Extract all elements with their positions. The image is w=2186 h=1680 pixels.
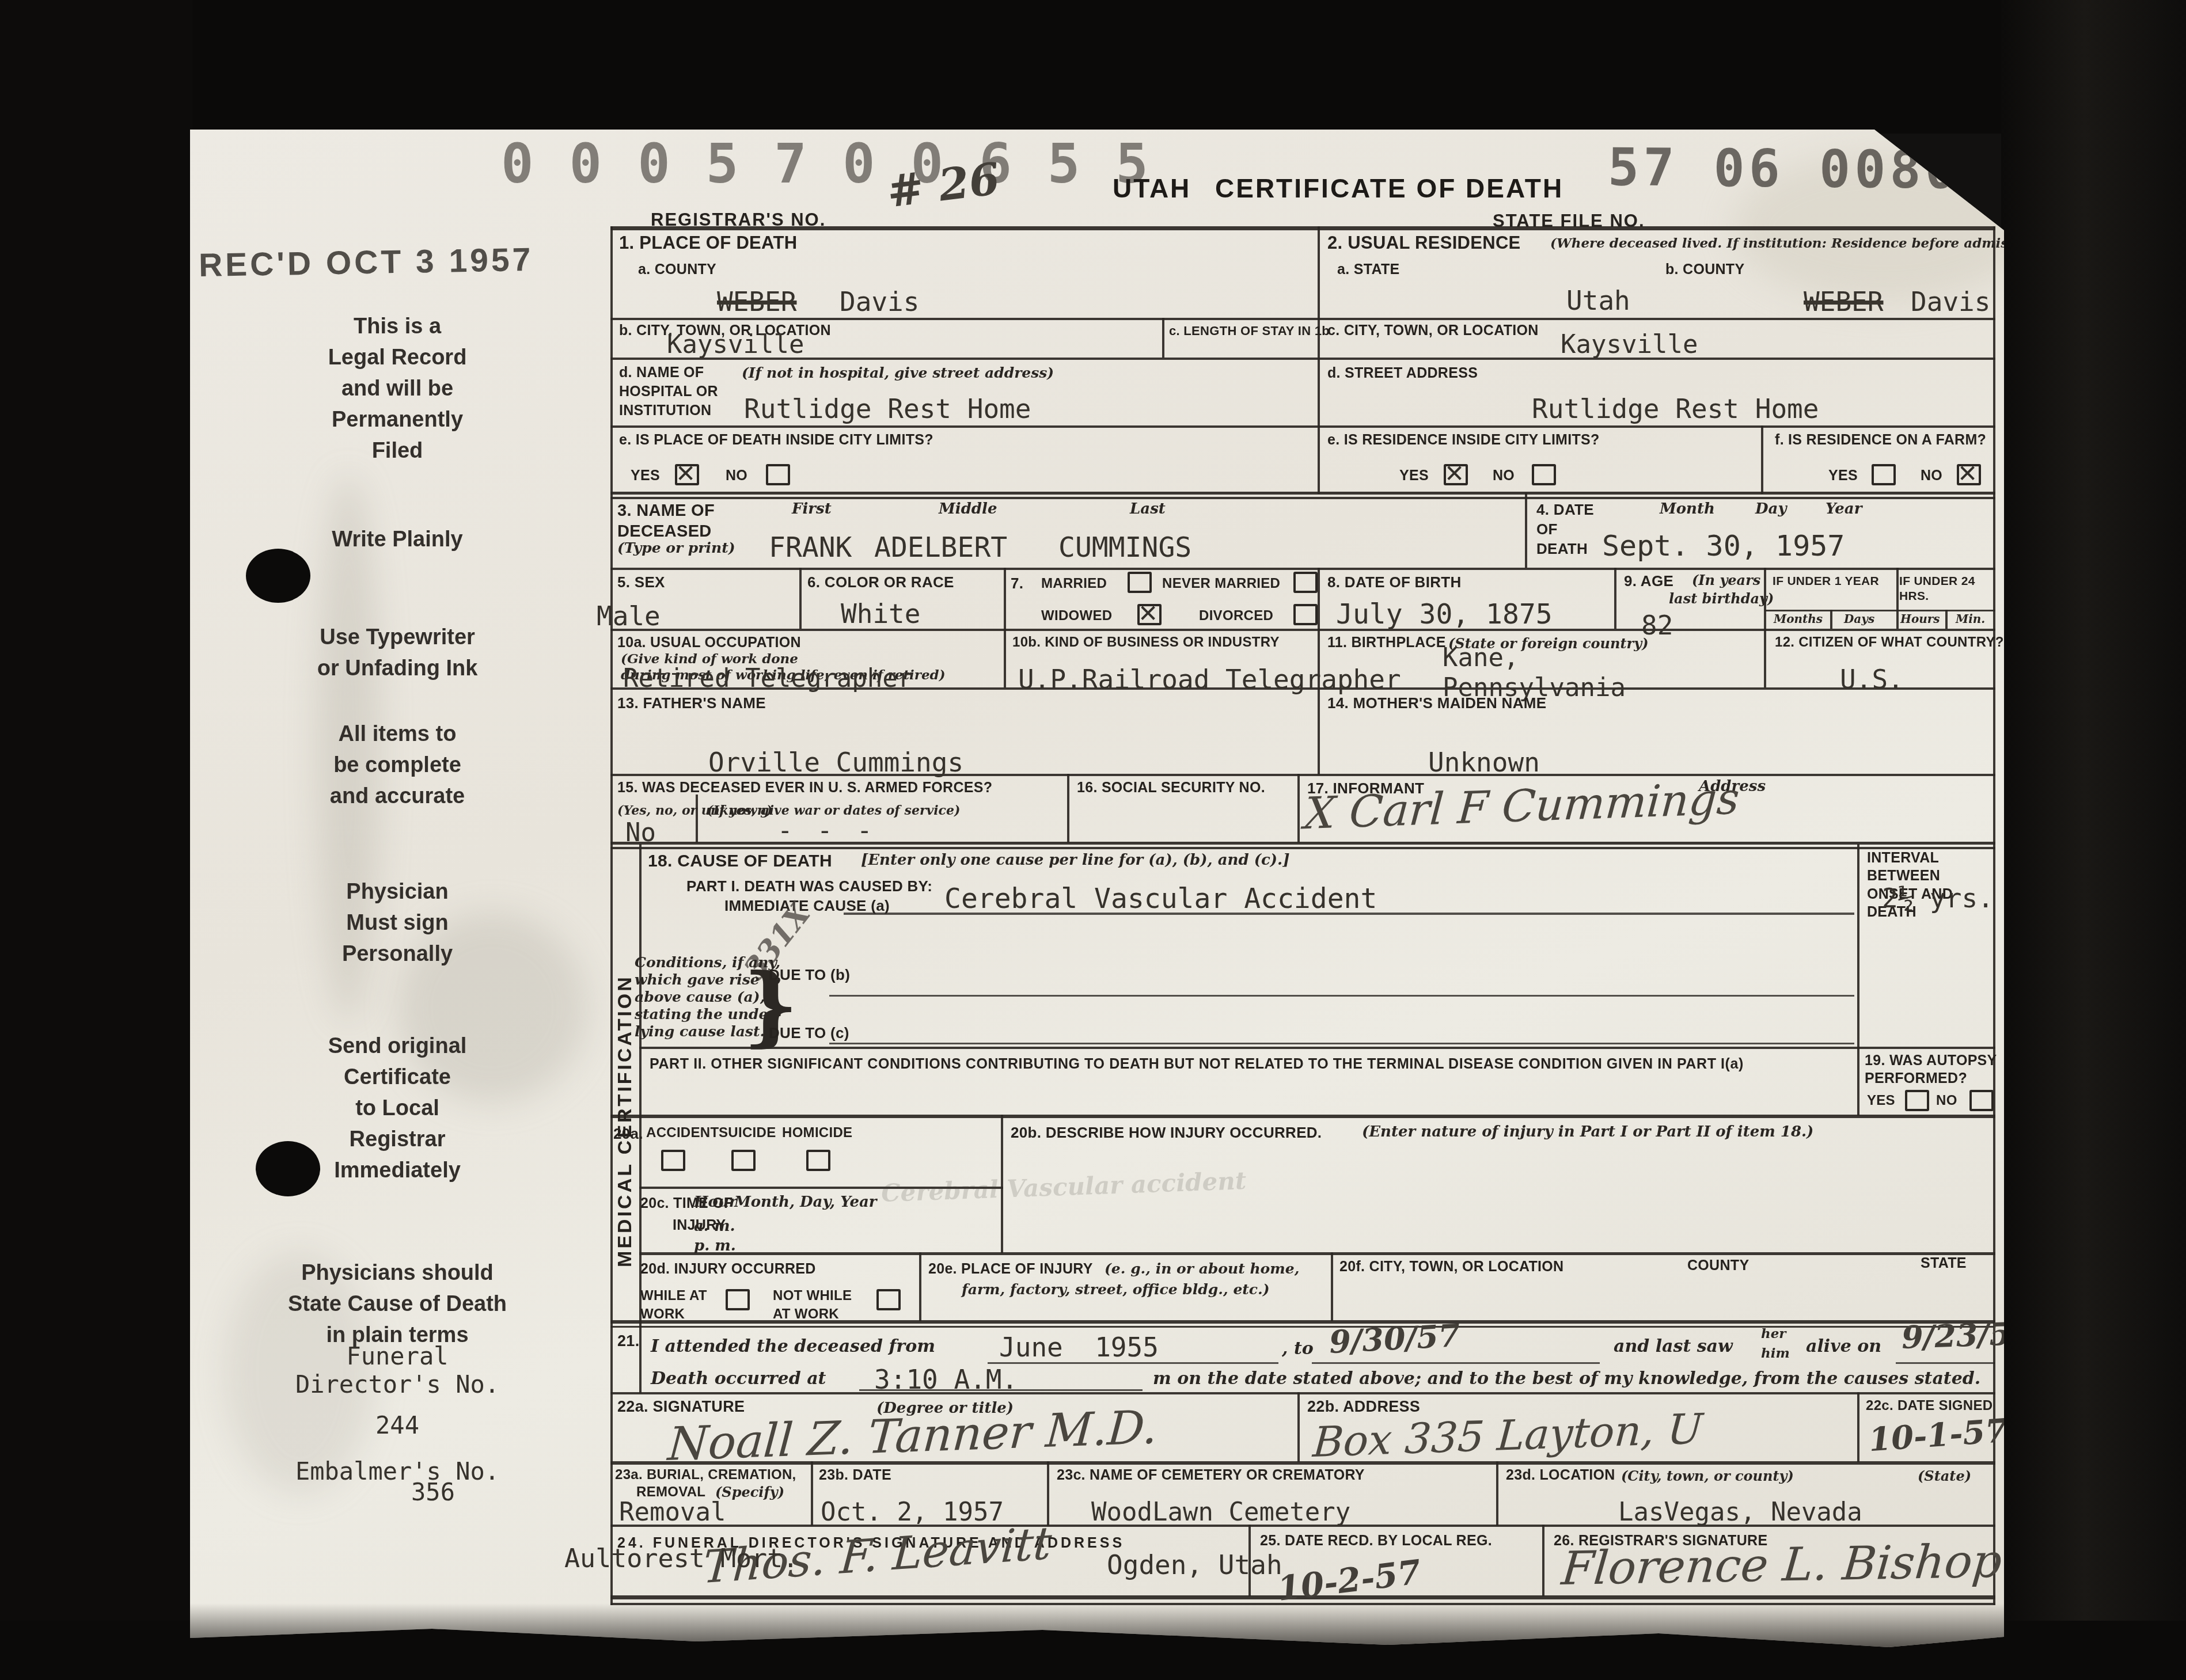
margin-note-legal-record: This is a Legal Record and will be Perma… (206, 311, 589, 467)
field-2b-value: Davis (1911, 286, 1990, 317)
field-12-label: 12. CITIZEN OF WHAT COUNTRY? (1775, 634, 2004, 651)
funeral-director-no-label: Funeral Director's No. (206, 1342, 589, 1398)
checkbox-residence-inside-city-no (1532, 464, 1556, 485)
field-1a-label: a. COUNTY (638, 261, 716, 279)
field-18-label: 18. CAUSE OF DEATH (648, 850, 832, 872)
field-21-text-1: I attended the deceased from (651, 1336, 935, 1358)
form-border (610, 226, 1995, 230)
checkbox-divorced (1293, 604, 1318, 625)
funeral-director-no-value: 244 (206, 1411, 589, 1439)
state-file-stamp: 57 06 0080 (1608, 137, 1961, 200)
field-6-label: 6. COLOR OR RACE (807, 573, 954, 592)
field-2a-label: a. STATE (1337, 261, 1399, 279)
form-line (1004, 568, 1006, 687)
field-20c-hour-header: Hour (694, 1194, 737, 1212)
field-20a-homicide-label: HOMICIDE (782, 1124, 852, 1142)
field-22a-label: 22a. SIGNATURE (617, 1397, 745, 1417)
field-21-underline (1896, 1362, 1995, 1364)
field-4-day-header: Day (1755, 500, 1787, 519)
form-line (610, 1326, 1995, 1328)
field-10a-label: 10a. USUAL OCCUPATION (617, 634, 801, 652)
field-22c-label: 22c. DATE SIGNED (1866, 1397, 1993, 1415)
serial-number-stamp: 0005700655 (501, 133, 1184, 196)
attended-from-value: June 1955 (999, 1332, 1159, 1363)
field-21-text-4: alive on (1806, 1336, 1881, 1358)
margin-note-physician-sign: Physician Must sign Personally (206, 877, 589, 970)
field-7-married-label: MARRIED (1041, 575, 1107, 592)
cemetery-location-value: LasVegas, Nevada (1618, 1497, 1862, 1527)
field-20d-not-while-label: NOT WHILE AT WORK (773, 1287, 852, 1324)
father-name-value: Orville Cummings (708, 747, 963, 778)
field-21-underline (1312, 1362, 1600, 1364)
field-8-label: 8. DATE OF BIRTH (1327, 573, 1462, 592)
form-border (610, 226, 613, 1605)
cause-of-death-value: Cerebral Vascular Accident (944, 883, 1377, 915)
field-1c-label: c. LENGTH OF STAY IN 1b (1169, 323, 1330, 339)
form-line (1542, 1525, 1544, 1597)
field-18-note: [Enter only one cause per line for (a), … (861, 852, 1289, 870)
form-line (610, 497, 1995, 499)
field-20f-county-header: COUNTY (1687, 1257, 1749, 1275)
embalmer-no-value: 356 (242, 1478, 624, 1506)
checkbox-homicide (806, 1150, 830, 1171)
interval-value: 2½ yrs. (1882, 883, 1994, 914)
field-9-min-header: Min. (1956, 612, 1985, 626)
field-2e-label: e. IS RESIDENCE INSIDE CITY LIMITS? (1327, 431, 1600, 449)
field-3-middle-header: Middle (939, 500, 997, 519)
form-line (610, 492, 1995, 495)
field-9-label: 9. AGE (1624, 572, 1673, 591)
field-20c-pm-label: p. m. (694, 1237, 736, 1256)
deceased-first-name: FRANK (769, 531, 852, 564)
field-1e-label: e. IS PLACE OF DEATH INSIDE CITY LIMITS? (619, 431, 933, 449)
checkbox-place-inside-city-yes (675, 464, 699, 485)
form-line (610, 847, 1995, 849)
field-7-label: 7. (1011, 574, 1023, 593)
field-14-label: 14. MOTHER'S MAIDEN NAME (1327, 694, 1546, 713)
field-1b-value: Kaysville (667, 330, 804, 359)
field-11-label: 11. BIRTHPLACE (1327, 634, 1446, 652)
checkbox-residence-farm-no (1957, 464, 1981, 485)
field-1e-no-label: NO (726, 467, 747, 485)
field-1d-label: d. NAME OF HOSPITAL OR INSTITUTION (619, 363, 718, 420)
field-7-divorced-label: DIVORCED (1199, 607, 1273, 625)
field-1d-value: Rutlidge Rest Home (744, 393, 1031, 424)
field-2c-value: Kaysville (1561, 330, 1698, 359)
field-20c-am-label: a. m. (694, 1218, 735, 1236)
age-value: 82 (1641, 610, 1673, 641)
form-line (1830, 610, 1832, 629)
field-25-label: 25. DATE RECD. BY LOCAL REG. (1260, 1532, 1492, 1550)
form-line (1945, 610, 1948, 629)
cemetery-name-value: WoodLawn Cemetery (1091, 1497, 1350, 1527)
deceased-middle-name: ADELBERT (874, 531, 1007, 564)
certificate-paper: 0005700655 57 06 0080 UTAH CERTIFICATE O… (190, 130, 2004, 1649)
checkbox-never-married (1293, 572, 1318, 593)
field-7-widowed-label: WIDOWED (1041, 607, 1112, 625)
margin-note-all-items: All items to be complete and accurate (206, 719, 589, 812)
form-line (1765, 610, 1995, 611)
field-21-text-3: and last saw (1614, 1336, 1733, 1358)
field-2d-label: d. STREET ADDRESS (1327, 364, 1478, 382)
field-15-label: 15. WAS DECEASED EVER IN U. S. ARMED FOR… (617, 779, 992, 797)
field-9-note-1: (In years (1692, 572, 1760, 588)
field-21-underline (859, 1389, 1143, 1391)
form-line (1761, 425, 1763, 494)
field-4-month-header: Month (1660, 500, 1715, 519)
field-2f-label: f. IS RESIDENCE ON A FARM? (1775, 431, 1986, 449)
field-19-yes-label: YES (1867, 1092, 1895, 1109)
race-value: White (841, 598, 920, 629)
form-line (1764, 568, 1766, 687)
scan-background-right (2001, 0, 2186, 1680)
field-2b-label: b. COUNTY (1665, 261, 1744, 279)
date-of-death-value: Sept. 30, 1957 (1602, 529, 1845, 562)
form-line (1047, 1461, 1049, 1526)
form-line (1857, 844, 1859, 1116)
field-2e-no-label: NO (1493, 467, 1515, 485)
burial-type-value: Removal (619, 1497, 726, 1527)
field-23c-label: 23c. NAME OF CEMETERY OR CREMATORY (1057, 1466, 1365, 1484)
form-line (610, 318, 1995, 320)
field-7-never-married-label: NEVER MARRIED (1162, 575, 1280, 592)
field-18-part2-label: PART II. OTHER SIGNIFICANT CONDITIONS CO… (650, 1055, 1744, 1073)
margin-note-use-typewriter: Use Typewriter or Unfading Ink (206, 622, 589, 685)
due-c-underline (829, 1043, 1854, 1044)
field-3-first-header: First (792, 500, 832, 519)
checkbox-suicide (731, 1150, 756, 1171)
scan-background-top (0, 0, 2186, 134)
field-20e-label: 20e. PLACE OF INJURY (928, 1260, 1093, 1278)
form-line (1318, 226, 1320, 494)
field-20f-state-header: STATE (1921, 1255, 1967, 1272)
field-3-last-header: Last (1130, 500, 1166, 519)
field-16-label: 16. SOCIAL SECURITY NO. (1077, 779, 1265, 797)
form-line (1525, 493, 1527, 568)
field-20a-label: 20a. (613, 1124, 643, 1143)
checkbox-residence-inside-city-yes (1444, 464, 1468, 485)
field-20a-accident-label: ACCIDENT (646, 1124, 719, 1142)
form-line (610, 425, 1995, 428)
armed-forces-value: No (625, 818, 656, 847)
form-line (1162, 318, 1164, 358)
field-4-year-header: Year (1826, 500, 1862, 519)
title-state: UTAH (1113, 172, 1191, 206)
field-21-her-him: her (1761, 1326, 1786, 1342)
field-2-title: 2. USUAL RESIDENCE (1327, 232, 1521, 254)
checkbox-autopsy-no (1969, 1090, 1994, 1111)
citizenship-value: U.S. (1840, 664, 1904, 695)
mother-maiden-name-value: Unknown (1428, 747, 1540, 778)
attended-to-value: 9/30/57 (1328, 1317, 1460, 1360)
date-signed-value: 10-1-57 (1868, 1412, 2009, 1459)
field-23d-note: (City, town, or county) (1621, 1468, 1794, 1484)
field-1e-yes-label: YES (631, 467, 660, 485)
form-line (799, 568, 802, 629)
deceased-last-name: CUMMINGS (1058, 531, 1191, 564)
field-20e-note-1: (e. g., in or about home, (1105, 1260, 1299, 1278)
field-19-label: 19. WAS AUTOPSY PERFORMED? (1865, 1052, 1997, 1088)
field-20b-note: (Enter nature of injury in Part I or Par… (1362, 1123, 1813, 1142)
field-20e-note-2: farm, factory, street, office bldg., etc… (962, 1281, 1270, 1299)
field-5-label: 5. SEX (617, 573, 665, 592)
erased-ghost-writing: Cerebral Vascular accident (881, 1166, 1247, 1207)
industry-value: U.P.Railroad Telegrapher (1018, 664, 1401, 695)
checkbox-married (1128, 572, 1152, 593)
field-9-hours-header: Hours (1900, 612, 1940, 626)
field-1d-note: (If not in hospital, give street address… (742, 364, 1054, 382)
checkbox-injury-while-at-work (726, 1289, 750, 1310)
form-line (1297, 1392, 1300, 1462)
field-9-note-2: last birthday) (1669, 590, 1774, 607)
form-line (1857, 1392, 1859, 1462)
field-9-under-1-year-label: IF UNDER 1 YEAR (1773, 574, 1879, 589)
mortuary-name: Aultorest Mort. (564, 1543, 798, 1573)
occupation-value: Retired Telegrapher (623, 664, 913, 693)
field-10b-label: 10b. KIND OF BUSINESS OR INDUSTRY (1012, 634, 1280, 651)
margin-note-plain-terms: Physicians should State Cause of Death i… (195, 1258, 600, 1351)
field-2e-yes-label: YES (1399, 467, 1429, 485)
punch-hole (256, 1141, 320, 1196)
field-20a-suicide-label: SUICIDE (719, 1124, 776, 1142)
field-20d-while-at-work-label: WHILE AT WORK (640, 1287, 707, 1324)
due-b-underline (829, 995, 1854, 997)
form-line (1896, 568, 1899, 629)
field-20f-label: 20f. CITY, TOWN, OR LOCATION (1339, 1258, 1563, 1276)
form-line (1067, 774, 1069, 843)
checkbox-autopsy-yes (1905, 1090, 1929, 1111)
funeral-director-address: Ogden, Utah (1107, 1549, 1282, 1580)
form-line (639, 1047, 1995, 1049)
field-21-number: 21. (617, 1332, 639, 1351)
punch-hole (246, 549, 310, 603)
form-line (610, 568, 1995, 570)
field-18-part1-label: PART I. DEATH WAS CAUSED BY: (686, 877, 932, 896)
form-line (610, 1392, 1995, 1394)
war-dates-value: - - - (777, 816, 876, 845)
field-21-her-him: him (1761, 1345, 1790, 1362)
medical-certification-strip: MEDICAL CERTIFICATION (614, 919, 636, 1322)
field-9-days-header: Days (1844, 612, 1874, 626)
field-3-label: 3. NAME OF DECEASED (617, 500, 715, 542)
form-line (1496, 1461, 1498, 1526)
field-20b-label: 20b. DESCRIBE HOW INJURY OCCURRED. (1011, 1123, 1322, 1142)
field-23d-state-note: (State) (1918, 1468, 1971, 1484)
field-1-title: 1. PLACE OF DEATH (619, 232, 797, 254)
field-21-underline (988, 1362, 1278, 1364)
field-20d-label: 20d. INJURY OCCURRED (640, 1260, 816, 1278)
date-received-value: 10-2-57 (1276, 1552, 1423, 1609)
field-18-due-b-label: DUE TO (b) (769, 966, 850, 985)
field-2-title-note: (Where deceased lived. If institution: R… (1550, 235, 2045, 252)
field-3-note: (Type or print) (617, 539, 735, 557)
field-2f-yes-label: YES (1828, 467, 1858, 485)
field-21-text-2: , to (1282, 1339, 1314, 1360)
registrar-signature: Florence L. Bishop. (1559, 1534, 2019, 1595)
field-2f-no-label: NO (1921, 467, 1942, 485)
form-line (610, 629, 1995, 631)
form-line (919, 1252, 921, 1321)
checkbox-place-inside-city-no (766, 464, 790, 485)
field-20c-mdy-header: Month, Day, Year (734, 1194, 877, 1212)
date-of-birth-value: July 30, 1875 (1336, 598, 1553, 630)
field-1a-value-struck: WEBER (717, 286, 796, 317)
scan-background-left (0, 0, 192, 1680)
form-line (639, 1252, 1995, 1255)
form-line (1331, 1252, 1333, 1321)
checkbox-accident (661, 1150, 685, 1171)
field-2a-value: Utah (1566, 285, 1630, 316)
field-2c-label: c. CITY, TOWN, OR LOCATION (1327, 322, 1539, 340)
form-line (610, 1115, 1995, 1118)
form-line (610, 358, 1995, 360)
form-line (811, 1461, 813, 1526)
page-title: CERTIFICATE OF DEATH (1215, 172, 1563, 206)
field-21-text-5: Death occurred at (651, 1369, 826, 1390)
field-23d-label: 23d. LOCATION (1506, 1466, 1615, 1484)
sex-value: Male (597, 600, 661, 632)
field-1a-value: Davis (840, 286, 919, 317)
field-9-under-24-hrs-label: IF UNDER 24 HRS. (1899, 574, 2004, 605)
field-9-months-header: Months (1774, 612, 1823, 626)
field-23b-label: 23b. DATE (819, 1466, 891, 1484)
checkbox-residence-farm-yes (1872, 464, 1896, 485)
field-2b-value-struck: WEBER (1804, 286, 1883, 317)
field-22b-label: 22b. ADDRESS (1307, 1397, 1420, 1417)
field-2d-value: Rutlidge Rest Home (1532, 393, 1819, 424)
form-line (1297, 774, 1300, 843)
checkbox-injury-not-while-at-work (876, 1289, 901, 1310)
field-4-label: 4. DATE OF DEATH (1536, 500, 1594, 558)
field-21-text-6: m on the date stated above; and to the b… (1153, 1369, 1980, 1390)
form-line (696, 795, 698, 843)
field-13-label: 13. FATHER'S NAME (617, 694, 766, 713)
field-18-due-c-label: DUE TO (c) (769, 1024, 849, 1043)
field-19-no-label: NO (1936, 1092, 1957, 1109)
received-date-stamp: REC'D OCT 3 1957 (198, 241, 533, 284)
checkbox-widowed (1137, 604, 1162, 625)
form-line (1614, 568, 1616, 629)
